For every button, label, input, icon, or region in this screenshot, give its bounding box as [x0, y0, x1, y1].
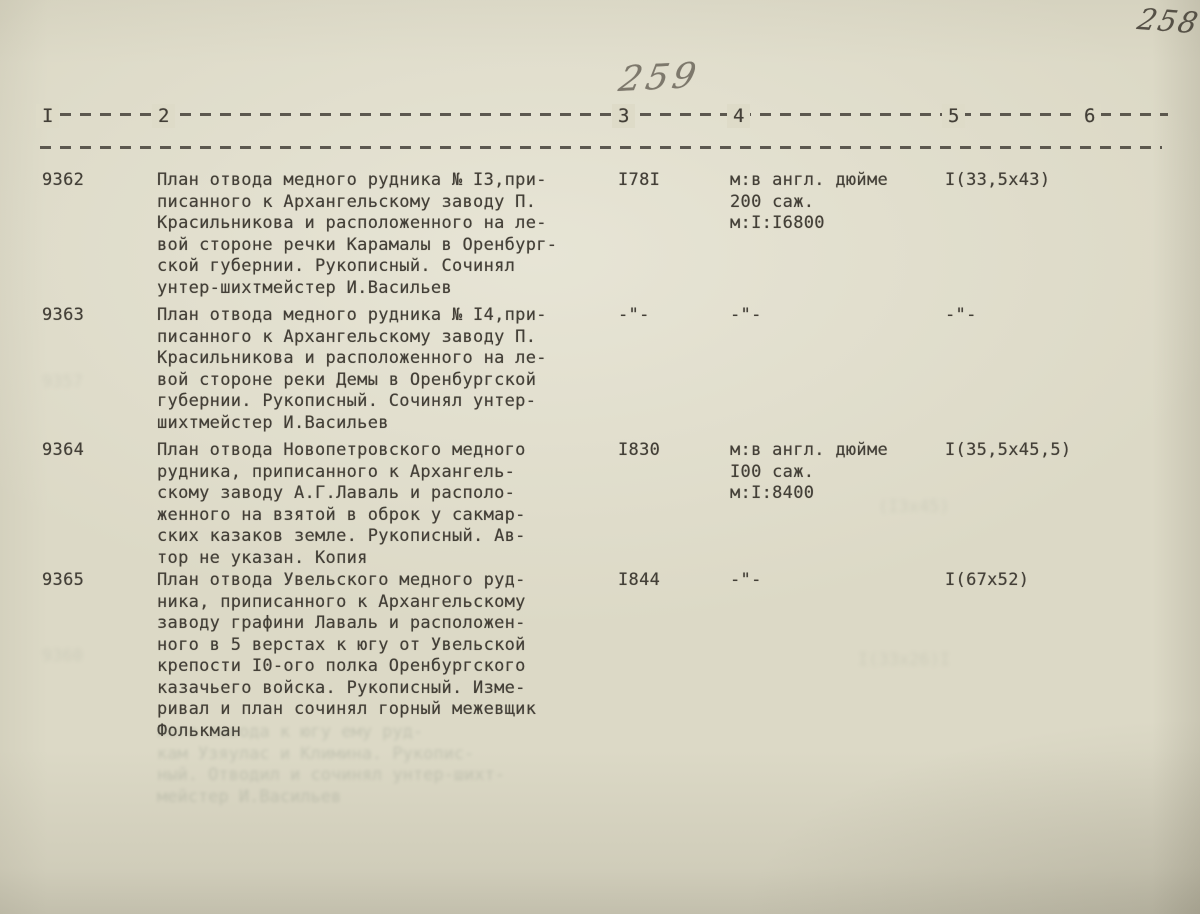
entry-year: I78I — [618, 170, 660, 192]
column-header-2: 2 — [152, 104, 175, 128]
handwritten-page-number-corner: 258 — [1134, 2, 1200, 40]
bleedthrough-text: I(33x26)I — [858, 650, 950, 672]
handwritten-page-number-center: 259 — [616, 56, 704, 100]
bleedthrough-text: 9357 — [42, 372, 83, 394]
entry-size: I(67x52) — [945, 570, 1145, 592]
bleedthrough-text: 9360 — [42, 646, 83, 668]
entry-number: 9362 — [42, 170, 84, 192]
entry-scale: м:в англ. дюйме I00 саж. м:I:8400 — [730, 440, 915, 505]
entry-size: I(33,5x43) — [945, 170, 1145, 192]
entry-scale: -"- — [730, 570, 915, 592]
bleedthrough-text: (I3x45) — [878, 497, 950, 519]
column-header-3: 3 — [612, 104, 635, 128]
entry-size: -"- — [945, 305, 1145, 327]
entry-year: -"- — [618, 305, 650, 327]
column-header-6: 6 — [1078, 104, 1101, 128]
column-header-5: 5 — [942, 104, 965, 128]
entry-scale: -"- — [730, 305, 915, 327]
entry-scale: м:в англ. дюйме 200 саж. м:I:I6800 — [730, 170, 915, 235]
entry-description: План отвода медного рудника № I3,при- пи… — [157, 170, 597, 299]
entry-number: 9363 — [42, 305, 84, 327]
entry-year: I830 — [618, 440, 660, 462]
entry-year: I844 — [618, 570, 660, 592]
column-header-4: 4 — [727, 104, 750, 128]
header-dashed-rule-bottom — [40, 146, 1162, 149]
entry-number: 9365 — [42, 570, 84, 592]
entry-description: План отвода Новопетровского медного рудн… — [157, 440, 597, 569]
bleedthrough-text: ного завода к югу ему руд- кам Узяулас и… — [157, 722, 607, 808]
entry-description: План отвода Увельского медного руд- ника… — [157, 570, 597, 742]
column-header-1: I — [36, 104, 59, 128]
header-dashed-rule-top — [40, 113, 1168, 116]
entry-description: План отвода медного рудника № I4,при- пи… — [157, 305, 597, 434]
entry-size: I(35,5x45,5) — [945, 440, 1145, 462]
entry-number: 9364 — [42, 440, 84, 462]
scanned-archive-page: 258 259 I 2 3 4 5 6 9362 План отвода мед… — [0, 0, 1200, 914]
